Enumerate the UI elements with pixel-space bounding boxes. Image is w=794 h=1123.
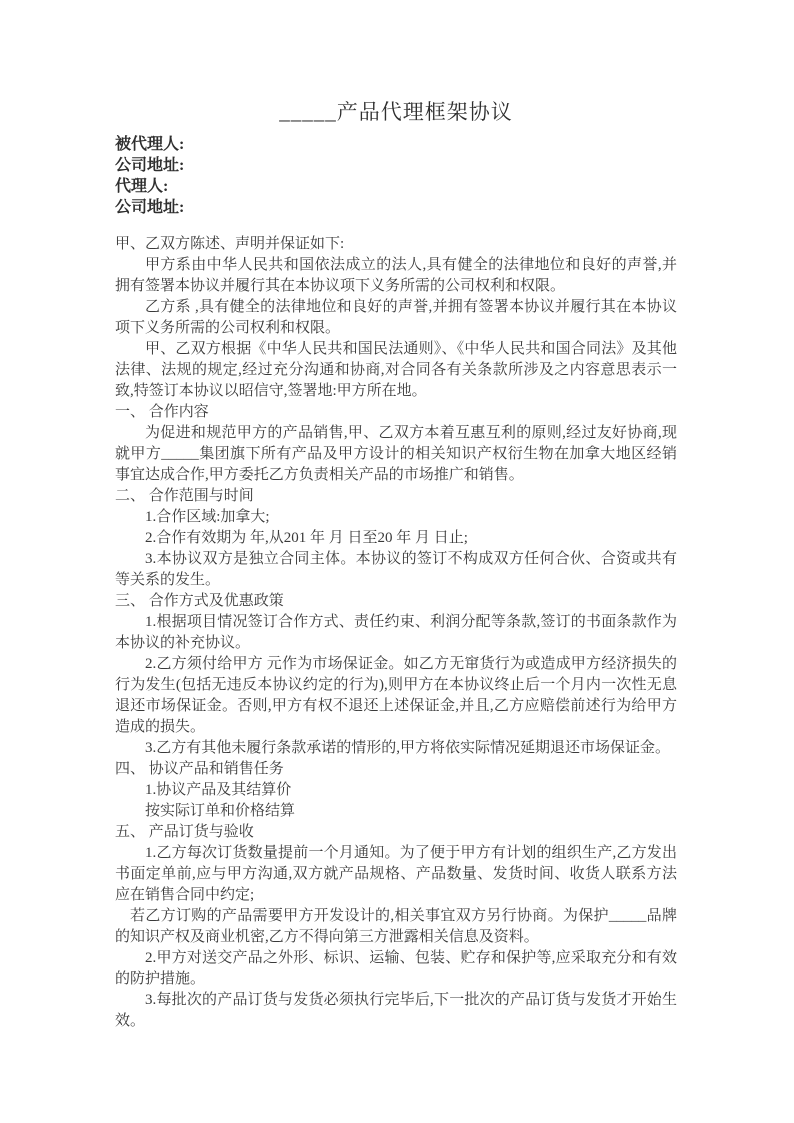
section-heading-2: 二、 合作范围与时间 (115, 486, 677, 507)
document-title: _____产品代理框架协议 (115, 98, 677, 126)
paragraph: 2.合作有效期为 年,从201 年 月 日至20 年 月 日止; (115, 528, 677, 549)
paragraph: 3.本协议双方是独立合同主体。本协议的签订不构成双方任何合伙、合资或共有等关系的… (115, 549, 677, 591)
section-heading-1: 一、 合作内容 (115, 402, 677, 423)
paragraph: 按实际订单和价格结算 (115, 801, 677, 822)
section-heading-3: 三、 合作方式及优惠政策 (115, 591, 677, 612)
paragraph: 甲方系由中华人民共和国依法成立的法人,具有健全的法律地位和良好的声誉,并拥有签署… (115, 255, 677, 297)
paragraph: 1.乙方每次订货数量提前一个月通知。为了便于甲方有计划的组织生产,乙方发出书面定… (115, 843, 677, 906)
paragraph: 2.乙方须付给甲方 元作为市场保证金。如乙方无窜货行为或造成甲方经济损失的行为发… (115, 654, 677, 738)
paragraph: 1.协议产品及其结算价 (115, 780, 677, 801)
paragraph: 乙方系 ,具有健全的法律地位和良好的声誉,并拥有签署本协议并履行其在本协议项下义… (115, 297, 677, 339)
agent-label: 代理人: (115, 176, 677, 197)
principal-address-label: 公司地址: (115, 155, 677, 176)
paragraph: 1.根据项目情况签订合作方式、责任约束、利润分配等条款,签订的书面条款作为本协议… (115, 612, 677, 654)
paragraph: 甲、乙双方根据《中华人民共和国民法通则》、《中华人民共和国合同法》及其他法律、法… (115, 339, 677, 402)
title-text: 产品代理框架协议 (337, 100, 513, 124)
section-heading-5: 五、 产品订货与验收 (115, 822, 677, 843)
paragraph: 3.每批次的产品订货与发货必须执行完毕后,下一批次的产品订货与发货才开始生效。 (115, 990, 677, 1032)
title-blank-underline: _____ (279, 100, 337, 124)
paragraph: 若乙方订购的产品需要甲方开发设计的,相关事宜双方另行协商。为保护_____品牌的… (115, 906, 677, 948)
paragraph: 2.甲方对送交产品之外形、标识、运输、包装、贮存和保护等,应采取充分和有效的防护… (115, 948, 677, 990)
principal-label: 被代理人: (115, 134, 677, 155)
paragraph: 3.乙方有其他未履行条款承诺的情形的,甲方将依实际情况延期退还市场保证金。 (115, 738, 677, 759)
section-heading-4: 四、 协议产品和销售任务 (115, 759, 677, 780)
paragraph: 1.合作区域:加拿大; (115, 507, 677, 528)
paragraph: 甲、乙双方陈述、声明并保证如下: (115, 234, 677, 255)
blank-line (115, 218, 677, 234)
paragraph: 为促进和规范甲方的产品销售,甲、乙双方本着互惠互利的原则,经过友好协商,现就甲方… (115, 423, 677, 486)
contract-document-page: _____产品代理框架协议 被代理人: 公司地址: 代理人: 公司地址: 甲、乙… (0, 0, 794, 1123)
agent-address-label: 公司地址: (115, 197, 677, 218)
